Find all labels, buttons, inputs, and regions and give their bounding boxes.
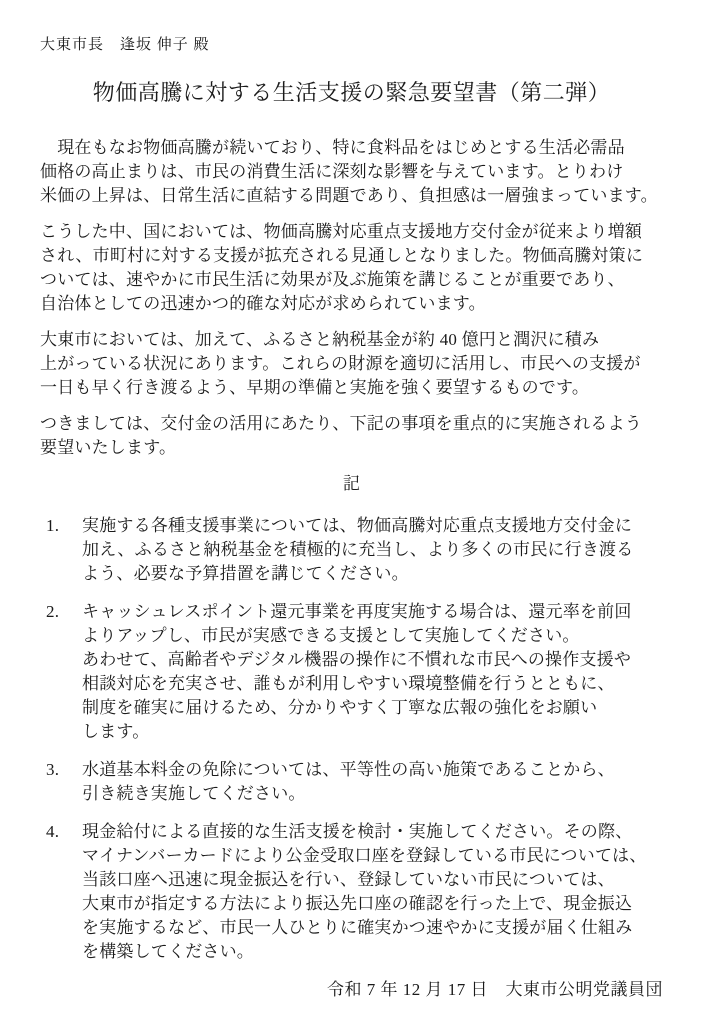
request-list: 1. 実施する各種支援事業については、物価高騰対応重点支援地方交付金に 加え、ふ… bbox=[40, 514, 663, 964]
item-number: 1. bbox=[40, 514, 82, 538]
document-body: 現在もなお物価高騰が続いており、特に食料品をはじめとする生活必需品 価格の高止ま… bbox=[40, 136, 663, 1002]
document-page: 大東市長 逢坂 伸子 殿 物価高騰に対する生活支援の緊急要望書（第二弾） 現在も… bbox=[0, 0, 703, 1024]
item-text-budget-measures: 実施する各種支援事業については、物価高騰対応重点支援地方交付金に 加え、ふるさと… bbox=[82, 514, 663, 586]
paragraph-current-situation: 現在もなお物価高騰が続いており、特に食料品をはじめとする生活必需品 価格の高止ま… bbox=[40, 136, 663, 208]
section-marker-ki: 記 bbox=[40, 472, 663, 496]
paragraph-request-intro: つきましては、交付金の活用にあたり、下記の事項を重点的に実施されるよう 要望いた… bbox=[40, 412, 663, 460]
paragraph-national-grant: こうした中、国においては、物価高騰対応重点支援地方交付金が従来より増額 され、市… bbox=[40, 220, 663, 316]
item-number: 4. bbox=[40, 820, 82, 844]
item-text-cash-benefit: 現金給付による直接的な生活支援を検討・実施してください。その際、 マイナンバーカ… bbox=[82, 820, 663, 964]
list-item: 3. 水道基本料金の免除については、平等性の高い施策であることから、 引き続き実… bbox=[40, 758, 663, 806]
item-number: 3. bbox=[40, 758, 82, 782]
date-and-signature-line: 令和 7 年 12 月 17 日 大東市公明党議員団 bbox=[40, 978, 663, 1002]
item-text-cashless-points: キャッシュレスポイント還元事業を再度実施する場合は、還元率を前回 よりアップし、… bbox=[82, 600, 663, 744]
list-item: 2. キャッシュレスポイント還元事業を再度実施する場合は、還元率を前回 よりアッ… bbox=[40, 600, 663, 744]
item-text-water-fee-exemption: 水道基本料金の免除については、平等性の高い施策であることから、 引き続き実施して… bbox=[82, 758, 663, 806]
paragraph-city-fund: 大東市においては、加えて、ふるさと納税基金が約 40 億円と潤沢に積み 上がって… bbox=[40, 328, 663, 400]
recipient-line: 大東市長 逢坂 伸子 殿 bbox=[40, 34, 663, 56]
item-number: 2. bbox=[40, 600, 82, 624]
list-item: 1. 実施する各種支援事業については、物価高騰対応重点支援地方交付金に 加え、ふ… bbox=[40, 514, 663, 586]
list-item: 4. 現金給付による直接的な生活支援を検討・実施してください。その際、 マイナン… bbox=[40, 820, 663, 964]
document-title: 物価高騰に対する生活支援の緊急要望書（第二弾） bbox=[40, 78, 663, 108]
